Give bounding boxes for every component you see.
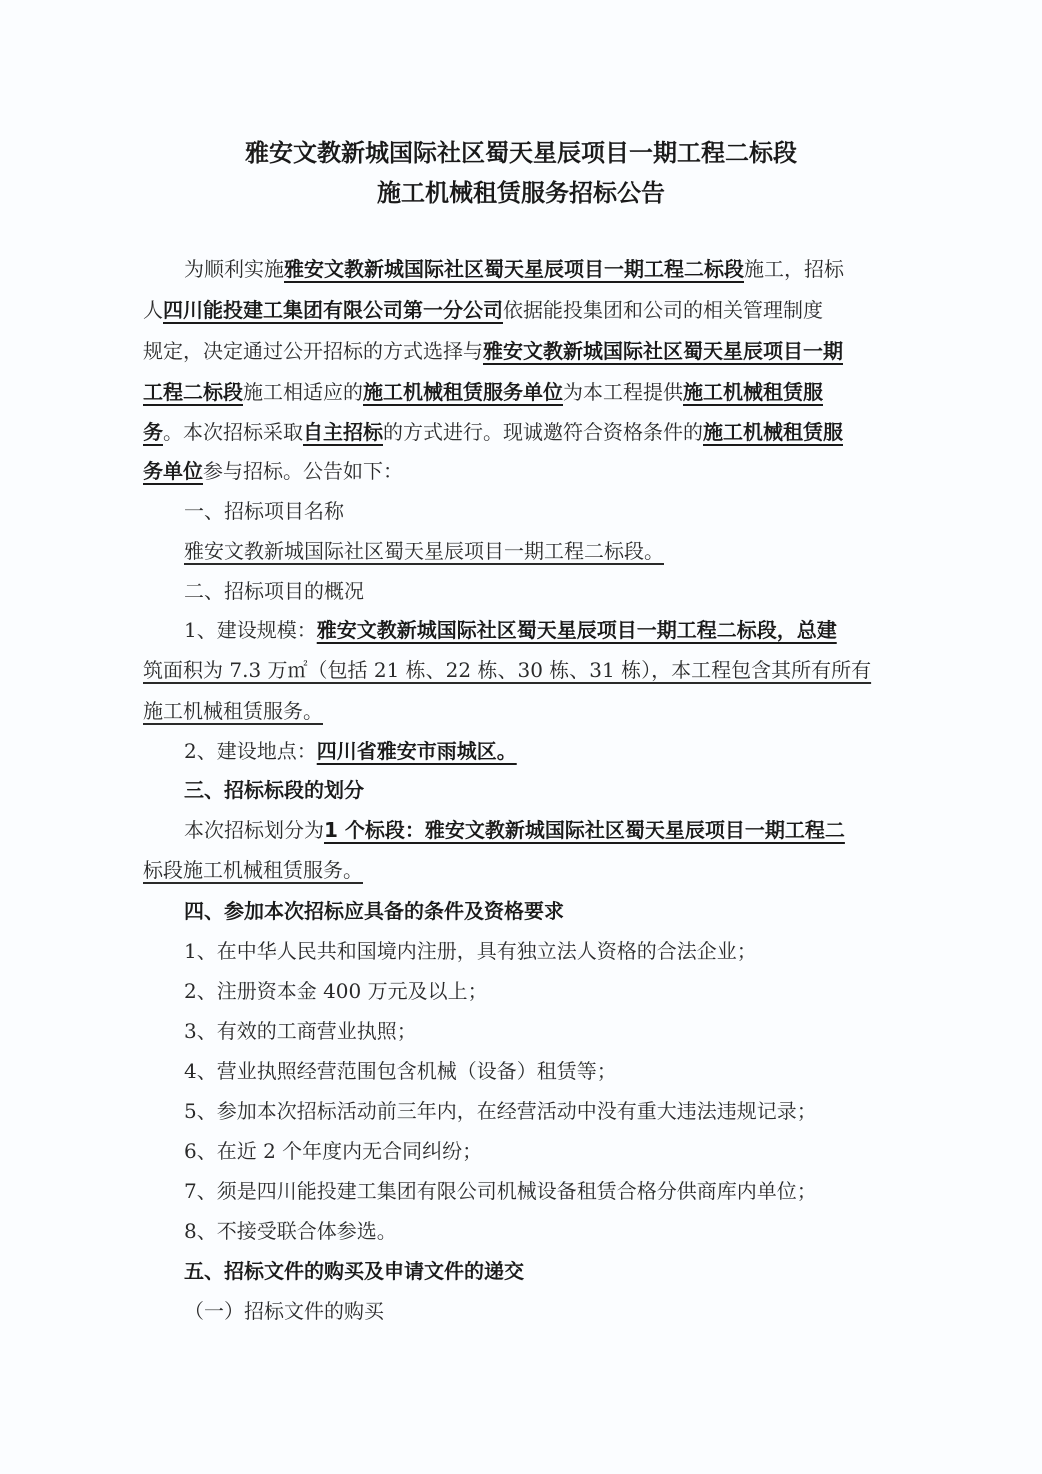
- service-unit-highlight: 施工机械租赁服: [703, 420, 843, 444]
- document-page: 雅安文教新城国际社区蜀天星辰项目一期工程二标段 施工机械租赁服务招标公告 为顺利…: [0, 0, 1042, 1474]
- section5-sub1: （一）招标文件的购买: [184, 1297, 384, 1325]
- intro-text: 为顺利实施: [184, 257, 284, 281]
- requirement-item: 6、在近 2 个年度内无合同纠纷；: [184, 1137, 482, 1165]
- intro-line-2: 人四川能投建工集团有限公司第一分公司依据能投集团和公司的相关管理制度: [143, 296, 823, 324]
- intro-text: 。本次招标采取: [163, 420, 303, 444]
- intro-text: 依据能投集团和公司的相关管理制度: [503, 298, 823, 322]
- section2-item1-line1: 1、建设规模：雅安文教新城国际社区蜀天星辰项目一期工程二标段，总建: [184, 616, 837, 644]
- document-title-line2: 施工机械租赁服务招标公告: [0, 173, 1042, 208]
- requirement-item: 5、参加本次招标活动前三年内，在经营活动中没有重大违法违规记录；: [184, 1097, 817, 1125]
- project-name-highlight: 雅安文教新城国际社区蜀天星辰项目一期: [483, 339, 843, 363]
- intro-line-3: 规定，决定通过公开招标的方式选择与雅安文教新城国际社区蜀天星辰项目一期: [143, 337, 843, 365]
- section1-content: 雅安文教新城国际社区蜀天星辰项目一期工程二标段。: [184, 537, 664, 565]
- service-unit-highlight: 施工机械租赁服务单位: [363, 380, 563, 404]
- intro-text: 规定，决定通过公开招标的方式选择与: [143, 339, 483, 363]
- requirement-item: 7、须是四川能投建工集团有限公司机械设备租赁合格分供商库内单位；: [184, 1177, 817, 1205]
- item-label: 2、建设地点：: [184, 739, 317, 763]
- section2-item1-line2: 筑面积为 7.3 万㎡（包括 21 栋、22 栋、30 栋、31 栋），本工程包…: [143, 656, 871, 684]
- project-name-highlight: 工程二标段: [143, 380, 243, 404]
- intro-text: 的方式进行。现诚邀符合资格条件的: [383, 420, 703, 444]
- intro-line-6: 务单位参与招标。公告如下：: [143, 457, 403, 485]
- section3-text: 本次招标划分为: [184, 818, 324, 842]
- intro-text: 施工，招标: [744, 257, 844, 281]
- section3-heading: 三、招标标段的划分: [184, 776, 364, 804]
- project-name-highlight: 雅安文教新城国际社区蜀天星辰项目一期工程二标段: [284, 257, 744, 281]
- requirement-item: 8、不接受联合体参选。: [184, 1217, 397, 1245]
- section2-heading: 二、招标项目的概况: [184, 577, 364, 605]
- item-value: 雅安文教新城国际社区蜀天星辰项目一期工程二标段，总建: [317, 618, 837, 642]
- requirement-item: 4、营业执照经营范围包含机械（设备）租赁等；: [184, 1057, 617, 1085]
- intro-line-5: 务。本次招标采取自主招标的方式进行。现诚邀符合资格条件的施工机械租赁服: [143, 418, 843, 446]
- section2-item2: 2、建设地点：四川省雅安市雨城区。: [184, 737, 517, 765]
- section1-heading: 一、招标项目名称: [184, 497, 344, 525]
- requirement-item: 2、注册资本金 400 万元及以上；: [184, 977, 488, 1005]
- section3-line1: 本次招标划分为1 个标段：雅安文教新城国际社区蜀天星辰项目一期工程二: [184, 816, 845, 844]
- tender-method-highlight: 自主招标: [303, 420, 383, 444]
- intro-line-4: 工程二标段施工相适应的施工机械租赁服务单位为本工程提供施工机械租赁服: [143, 378, 823, 406]
- section3-line2: 标段施工机械租赁服务。: [143, 856, 363, 884]
- intro-text: 人: [143, 298, 163, 322]
- intro-text: 参与招标。公告如下：: [203, 459, 403, 483]
- section2-item1-line3: 施工机械租赁服务。: [143, 697, 323, 725]
- item-value: 四川省雅安市雨城区。: [317, 739, 517, 763]
- intro-text: 为本工程提供: [563, 380, 683, 404]
- lot-highlight: 1 个标段：雅安文教新城国际社区蜀天星辰项目一期工程二: [324, 818, 845, 842]
- intro-text: 施工相适应的: [243, 380, 363, 404]
- tenderer-name-highlight: 四川能投建工集团有限公司第一分公司: [163, 298, 503, 322]
- service-highlight: 施工机械租赁服: [683, 380, 823, 404]
- service-highlight: 务: [143, 420, 163, 444]
- intro-line-1: 为顺利实施雅安文教新城国际社区蜀天星辰项目一期工程二标段施工，招标: [184, 255, 844, 283]
- section4-heading: 四、参加本次招标应具备的条件及资格要求: [184, 897, 564, 925]
- section5-heading: 五、招标文件的购买及申请文件的递交: [184, 1257, 524, 1285]
- document-title-line1: 雅安文教新城国际社区蜀天星辰项目一期工程二标段: [0, 133, 1042, 168]
- requirement-item: 3、有效的工商营业执照；: [184, 1017, 417, 1045]
- item-label: 1、建设规模：: [184, 618, 317, 642]
- requirement-item: 1、在中华人民共和国境内注册，具有独立法人资格的合法企业；: [184, 937, 757, 965]
- service-unit-highlight: 务单位: [143, 459, 203, 483]
